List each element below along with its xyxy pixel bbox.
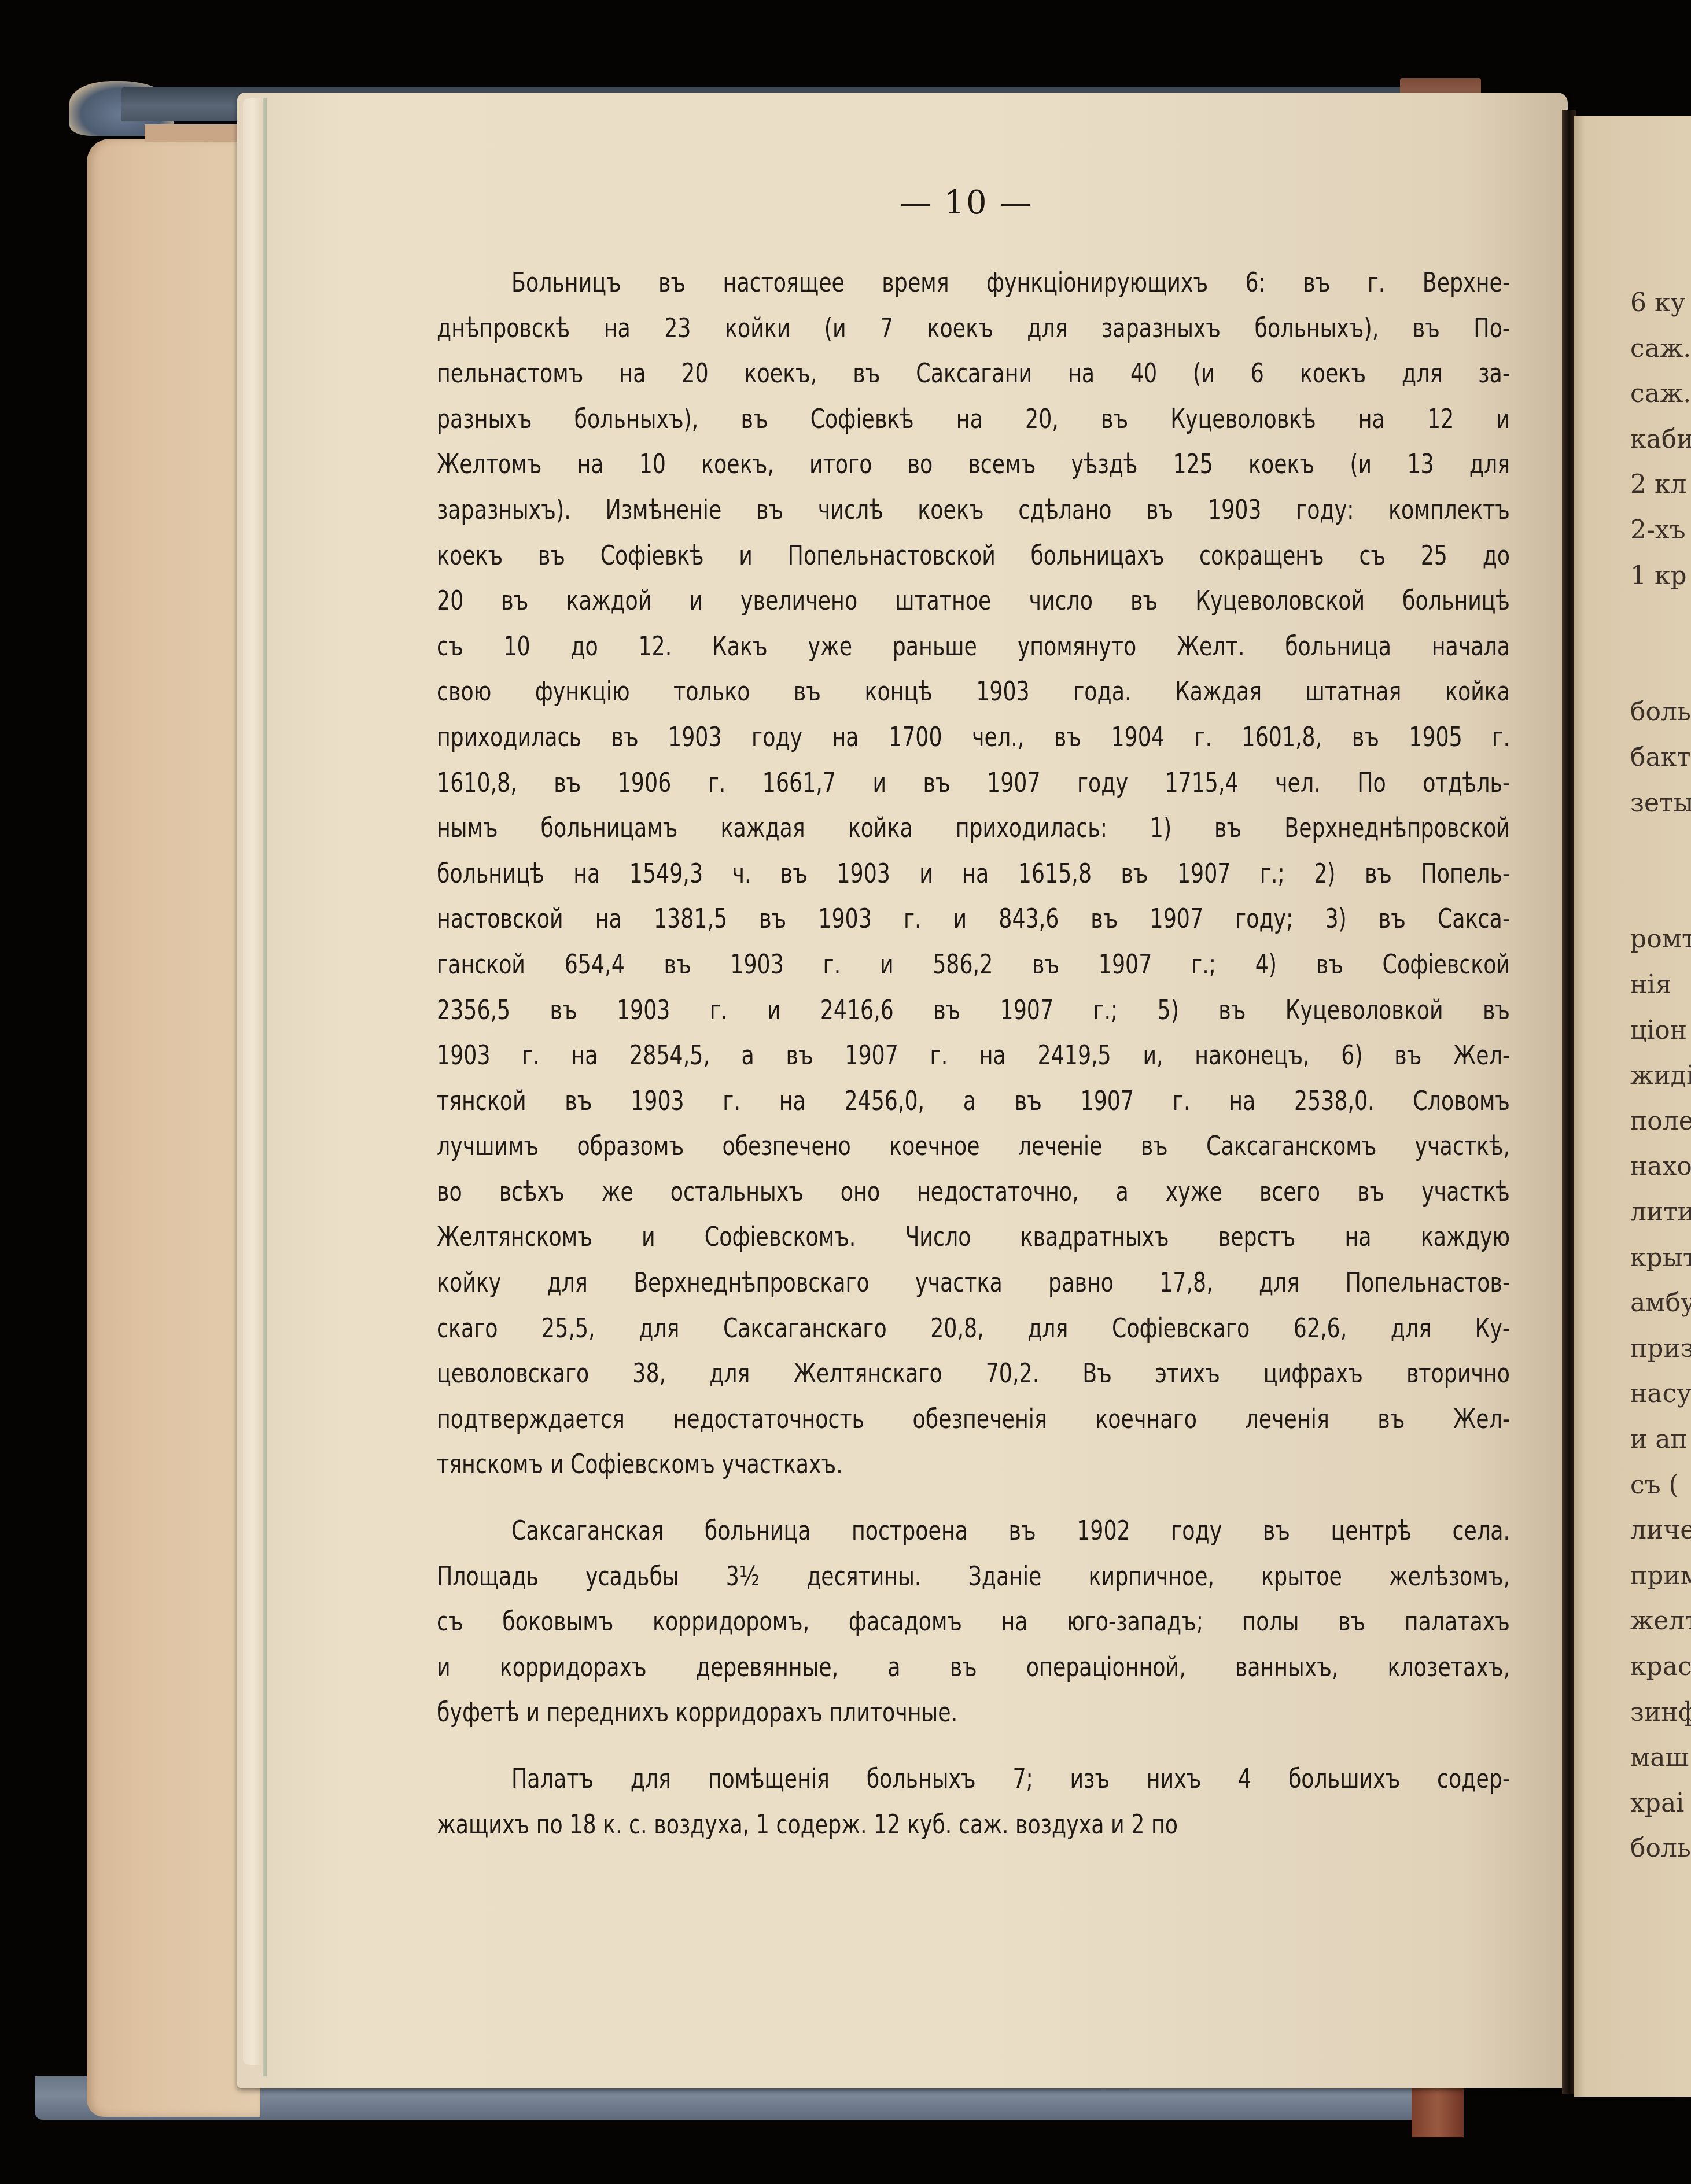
text-line: ганской 654,4 въ 1903 г. и 586,2 въ 1907…: [437, 942, 1510, 988]
text-line: Саксаганская больница построена въ 1902 …: [437, 1508, 1510, 1554]
text-line: днѣпровскѣ на 23 койки (и 7 коекъ для за…: [437, 306, 1510, 352]
facing-text-fragment: нахо: [1630, 1152, 1691, 1181]
facing-text-fragment: саж.: [1630, 334, 1691, 363]
facing-text-fragment: боль: [1630, 1833, 1691, 1863]
facing-text-fragment: зинф: [1630, 1698, 1691, 1727]
text-line: разныхъ больныхъ), въ Софіевкѣ на 20, въ…: [437, 397, 1510, 442]
text-line: Площадь усадьбы 3½ десятины. Зданіе кирп…: [437, 1554, 1510, 1600]
facing-text-fragment: храі: [1630, 1788, 1684, 1818]
paragraph-gap: [437, 1736, 1510, 1757]
book-spine-edge-bottom: [1412, 2082, 1464, 2137]
facing-text-fragment: прим: [1630, 1561, 1691, 1591]
text-line: Палатъ для помѣщенія больныхъ 7; изъ них…: [437, 1757, 1510, 1802]
text-line: скаго 25,5, для Саксаганскаго 20,8, для …: [437, 1306, 1510, 1352]
text-line: съ боковымъ корридоромъ, фасадомъ на юго…: [437, 1599, 1510, 1645]
facing-text-fragment: 6 ку: [1630, 288, 1685, 318]
facing-text-fragment: крас: [1630, 1652, 1691, 1681]
text-line: приходилась въ 1903 году на 1700 чел., в…: [437, 715, 1510, 761]
facing-text-fragment: жиді: [1630, 1061, 1691, 1090]
text-line: жащихъ по 18 к. с. воздуха, 1 содерж. 12…: [437, 1802, 1510, 1848]
facing-text-fragment: насу: [1630, 1379, 1691, 1408]
text-line: Желтомъ на 10 коекъ, итого во всемъ уѣзд…: [437, 442, 1510, 488]
text-line: пельнастомъ на 20 коекъ, въ Саксагани на…: [437, 351, 1510, 397]
facing-text-fragment: 1 кр: [1630, 561, 1687, 591]
facing-text-fragment: личе: [1630, 1515, 1691, 1545]
page-body-text: Больницъ въ настоящее время функціонирую…: [437, 260, 1510, 1847]
text-line: койку для Верхнеднѣпровскаго участка рав…: [437, 1260, 1510, 1306]
facing-text-fragment: маш: [1630, 1743, 1689, 1772]
facing-text-fragment: ромт: [1630, 924, 1691, 954]
facing-text-fragment: крыт: [1630, 1243, 1691, 1272]
text-line: свою функцію только въ концѣ 1903 года. …: [437, 669, 1510, 715]
text-line: буфетѣ и переднихъ корридорахъ плиточные…: [437, 1690, 1510, 1736]
facing-text-fragment: съ (: [1630, 1470, 1679, 1500]
text-line: лучшимъ образомъ обезпечено коечное лече…: [437, 1124, 1510, 1170]
facing-text-fragment: амбу: [1630, 1288, 1691, 1318]
facing-text-fragment: приз: [1630, 1334, 1691, 1363]
text-line: 20 въ каждой и увеличено штатное число в…: [437, 578, 1510, 624]
flyleaf-stub: [145, 124, 243, 142]
paragraph: Саксаганская больница построена въ 1902 …: [437, 1508, 1510, 1736]
facing-text-fragment: 2 кл: [1630, 470, 1686, 499]
text-line: нымъ больницамъ каждая койка приходилась…: [437, 806, 1510, 851]
flyleaf-page: [87, 139, 260, 2117]
text-line: тянскомъ и Софіевскомъ участкахъ.: [437, 1442, 1510, 1488]
text-line: больницѣ на 1549,3 ч. въ 1903 и на 1615,…: [437, 851, 1510, 897]
text-line: подтверждается недостаточность обезпечен…: [437, 1397, 1510, 1443]
paragraph: Палатъ для помѣщенія больныхъ 7; изъ них…: [437, 1757, 1510, 1847]
facing-text-fragment: лити: [1630, 1197, 1691, 1227]
facing-text-fragment: ціон: [1630, 1016, 1687, 1045]
text-line: 1610,8, въ 1906 г. 1661,7 и въ 1907 году…: [437, 761, 1510, 806]
paragraph-gap: [437, 1488, 1510, 1508]
facing-text-fragment: нія: [1630, 970, 1671, 999]
text-line: коекъ въ Софіевкѣ и Попельнастовской бол…: [437, 533, 1510, 579]
facing-text-fragment: зеты: [1630, 788, 1691, 818]
text-line: во всѣхъ же остальныхъ оно недостаточно,…: [437, 1170, 1510, 1215]
page-number: — 10 —: [891, 184, 1041, 222]
text-line: заразныхъ). Измѣненіе въ числѣ коекъ сдѣ…: [437, 488, 1510, 533]
paragraph: Больницъ въ настоящее время функціонирую…: [437, 260, 1510, 1488]
facing-text-fragment: поле: [1630, 1106, 1691, 1136]
facing-text-fragment: боль: [1630, 697, 1691, 726]
page-binding-line: [263, 98, 267, 2076]
text-line: цеволовскаго 38, для Желтянскаго 70,2. В…: [437, 1351, 1510, 1397]
text-line: Желтянскомъ и Софіевскомъ. Число квадрат…: [437, 1215, 1510, 1260]
text-line: настовской на 1381,5 въ 1903 г. и 843,6 …: [437, 897, 1510, 942]
facing-text-fragment: желт: [1630, 1606, 1691, 1636]
text-line: и корридорахъ деревянные, а въ операціон…: [437, 1645, 1510, 1691]
page-fold: [243, 98, 263, 2065]
facing-text-fragment: и ап: [1630, 1425, 1688, 1454]
facing-text-fragment: каби: [1630, 425, 1691, 454]
text-line: съ 10 до 12. Какъ уже раньше упомянуто Ж…: [437, 624, 1510, 670]
facing-text-fragment: саж.: [1630, 379, 1691, 408]
facing-text-fragment: 2-хъ: [1630, 515, 1686, 545]
text-line: тянской въ 1903 г. на 2456,0, а въ 1907 …: [437, 1079, 1510, 1124]
facing-text-fragment: бакт: [1630, 743, 1691, 772]
text-line: 2356,5 въ 1903 г. и 2416,6 въ 1907 г.; 5…: [437, 988, 1510, 1034]
text-line: Больницъ въ настоящее время функціонирую…: [437, 260, 1510, 306]
text-line: 1903 г. на 2854,5, а въ 1907 г. на 2419,…: [437, 1033, 1510, 1079]
